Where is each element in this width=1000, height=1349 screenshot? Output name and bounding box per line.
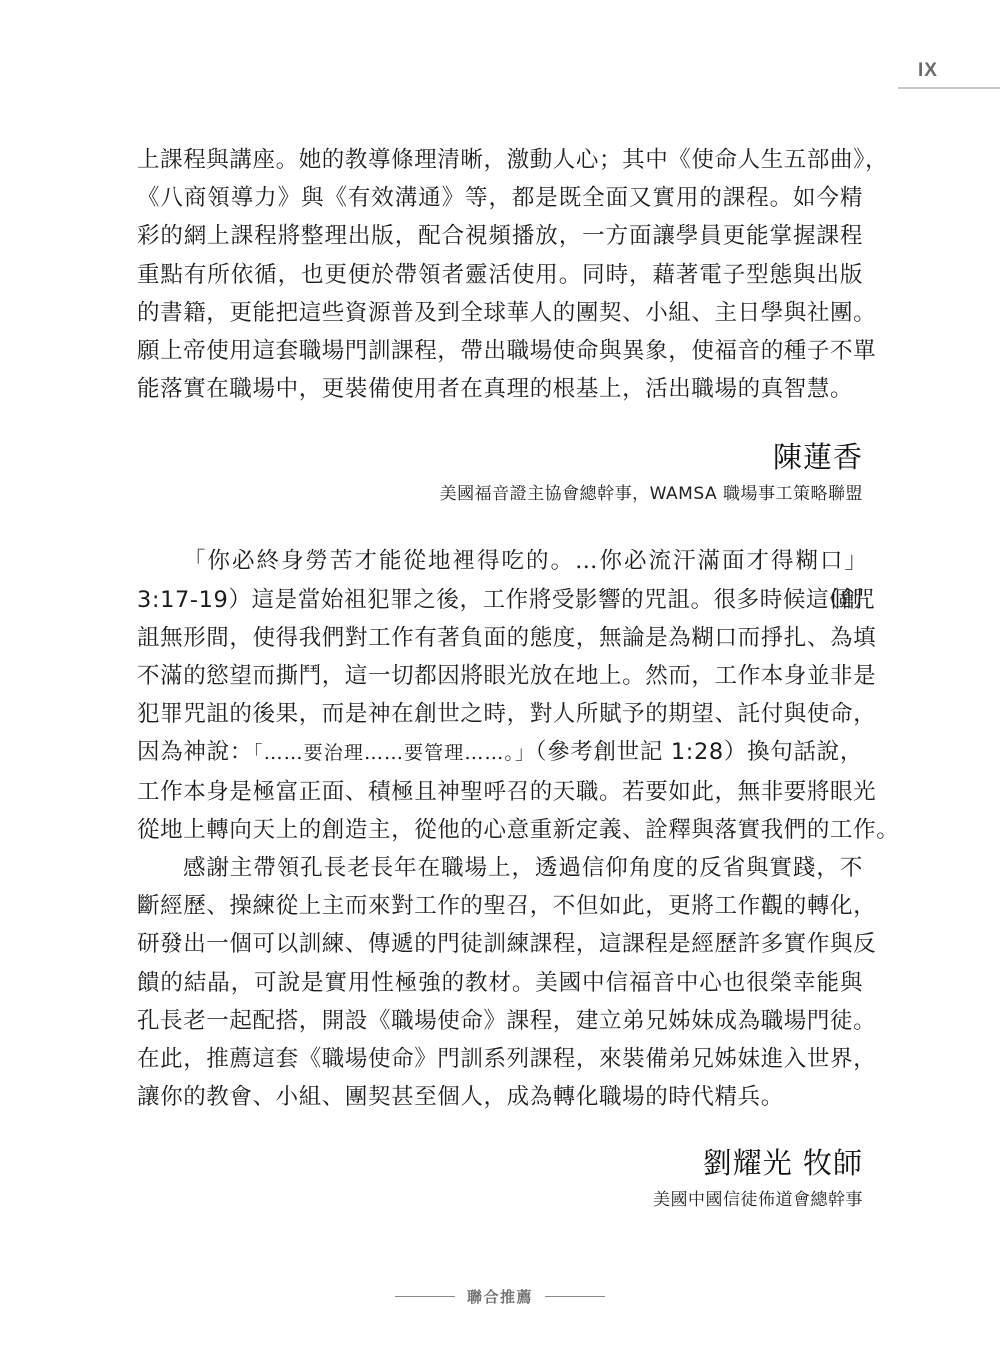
page-number: IX bbox=[918, 60, 938, 82]
scripture-quote: 「……要治理……要管理……。」 bbox=[253, 742, 535, 764]
scripture-quote: 「你必終身勞苦才能從地裡得吃的。…你必流汗滿面才得糊口」 bbox=[183, 548, 869, 574]
text-line: 饋的結晶，可說是實用性極強的教材。美國中信福音中心也很榮幸能與 bbox=[137, 964, 863, 1002]
text-line: 感謝主帶領孔長老長年在職場上，透過信仰角度的反省與實踐，不 bbox=[137, 849, 863, 887]
footer-rule-right bbox=[545, 1296, 605, 1297]
text-line: 斷經歷、操練從上主而來對工作的聖召，不但如此，更將工作觀的轉化， bbox=[137, 887, 863, 925]
text-line: 彩的網上課程將整理出版，配合視頻播放，一方面讓學員更能掌握課程 bbox=[137, 217, 863, 255]
text-line: 從地上轉向天上的創造主，從他的心意重新定義、詮釋與落實我們的工作。 bbox=[137, 811, 863, 849]
page-footer: 聯合推薦 bbox=[0, 1286, 1000, 1307]
text-line: 重點有所依循，也更便於帶領者靈活使用。同時，藉著電子型態與出版 bbox=[137, 256, 863, 294]
signature-title: 美國中國信徒佈道會總幹事 bbox=[137, 1185, 863, 1210]
signature-name: 劉耀光 牧師 bbox=[137, 1141, 863, 1182]
section-label: 聯合推薦 bbox=[467, 1286, 533, 1307]
text-segment: 因為神說： bbox=[137, 739, 253, 765]
text-line: 詛無形間，使得我們對工作有著負面的態度，無論是為糊口而掙扎、為填 bbox=[137, 619, 863, 657]
signature-name: 陳蓮香 bbox=[137, 435, 863, 476]
header-divider bbox=[898, 87, 1000, 89]
footer-rule-left bbox=[395, 1296, 455, 1297]
scripture-ref: （參考創世記 1:28）換句話說， bbox=[535, 739, 863, 765]
page-content: 上課程與講座。她的教導條理清晰，激動人心；其中《使命人生五部曲》， 《八商領導力… bbox=[137, 141, 863, 1210]
paragraph-recommendation-2: 感謝主帶領孔長老長年在職場上，透過信仰角度的反省與實踐，不 斷經歷、操練從上主而… bbox=[137, 849, 863, 1116]
text-line: 上課程與講座。她的教導條理清晰，激動人心；其中《使命人生五部曲》， bbox=[137, 141, 863, 179]
text-line: 工作本身是極富正面、積極且神聖呼召的天職。若要如此，無非要將眼光 bbox=[137, 773, 863, 811]
text-line: 「你必終身勞苦才能從地裡得吃的。…你必流汗滿面才得糊口」（創 bbox=[137, 542, 863, 580]
text-line: 3:17-19）這是當始祖犯罪之後，工作將受影響的咒詛。很多時候這個咒 bbox=[137, 581, 863, 619]
text-line: 的書籍，更能把這些資源普及到全球華人的團契、小組、主日學與社團。 bbox=[137, 294, 863, 332]
text-line: 犯罪咒詛的後果，而是神在創世之時，對人所賦予的期望、託付與使命， bbox=[137, 695, 863, 733]
signature-title: 美國福音證主協會總幹事，WAMSA 職場事工策略聯盟 bbox=[137, 479, 863, 504]
text-line: 《八商領導力》與《有效溝通》等，都是既全面又實用的課程。如今精 bbox=[137, 179, 863, 217]
text-line: 因為神說：「……要治理……要管理……。」（參考創世記 1:28）換句話說， bbox=[137, 733, 863, 772]
text-line: 讓你的教會、小組、團契甚至個人，成為轉化職場的時代精兵。 bbox=[137, 1078, 863, 1116]
paragraph-recommendation-1: 上課程與講座。她的教導條理清晰，激動人心；其中《使命人生五部曲》， 《八商領導力… bbox=[137, 141, 863, 408]
text-line: 願上帝使用這套職場門訓課程，帶出職場使命與異象，使福音的種子不單 bbox=[137, 332, 863, 370]
text-line: 不滿的慾望而撕鬥，這一切都因將眼光放在地上。然而，工作本身並非是 bbox=[137, 657, 863, 695]
text-line: 能落實在職場中，更裝備使用者在真理的根基上，活出職場的真智慧。 bbox=[137, 370, 863, 408]
paragraph-scripture-reflection: 「你必終身勞苦才能從地裡得吃的。…你必流汗滿面才得糊口」（創 3:17-19）這… bbox=[137, 542, 863, 849]
text-line: 研發出一個可以訓練、傳遞的門徒訓練課程，這課程是經歷許多實作與反 bbox=[137, 925, 863, 963]
text-line: 在此，推薦這套《職場使命》門訓系列課程，來裝備弟兄姊妹進入世界， bbox=[137, 1040, 863, 1078]
text-line: 孔長老一起配搭，開設《職場使命》課程，建立弟兄姊妹成為職場門徒。 bbox=[137, 1002, 863, 1040]
